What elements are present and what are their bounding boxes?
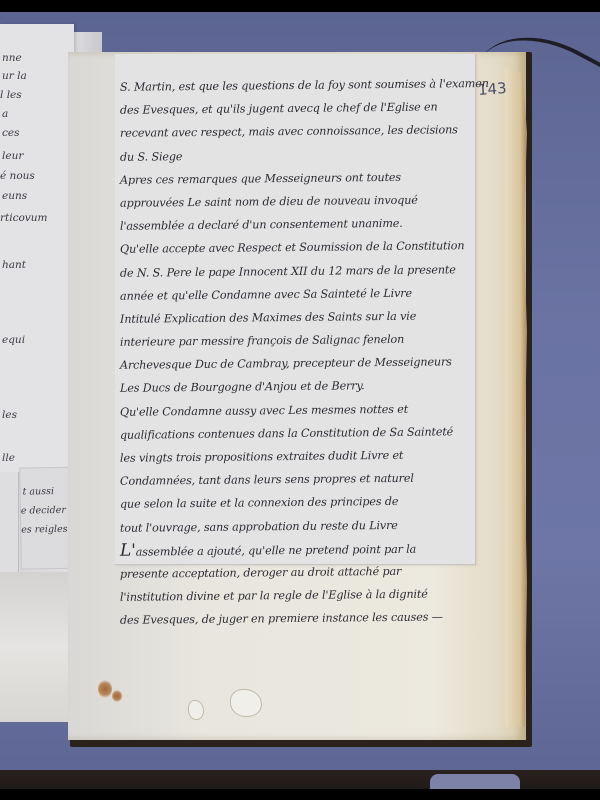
left-text-fragment: ces [2, 127, 19, 139]
left-text-fragment: les [2, 409, 17, 421]
water-stain [230, 689, 262, 717]
manuscript-line: que selon la suite et la connexion des p… [120, 490, 465, 517]
slip-text: e decider [21, 505, 66, 517]
left-text-fragment: hant [2, 259, 26, 271]
manuscript-line: recevant avec respect, mais avec connois… [120, 119, 465, 146]
left-text-fragment: é nous [0, 170, 35, 182]
slip-text: t aussi [22, 486, 54, 498]
slip-text: es reigles [21, 524, 68, 536]
manuscript-line: tout l'ouvrage, sans approbation du rest… [120, 513, 465, 540]
left-text-fragment: a [2, 108, 8, 120]
water-stain [188, 700, 204, 720]
left-text-fragment: leur [2, 150, 23, 162]
manuscript-line: L'assemblée a ajouté, qu'elle ne pretend… [120, 536, 465, 563]
manuscript-text: S. Martin, est que les questions de la f… [120, 74, 465, 631]
left-lower-pages [0, 572, 70, 722]
manuscript-line: Les Ducs de Bourgogne d'Anjou et de Berr… [120, 374, 465, 401]
left-text-fragment: euns [2, 190, 27, 202]
left-text-fragment: ur la [2, 70, 27, 82]
page-edge [505, 67, 527, 727]
manuscript-line: Qu'elle Condamne aussy avec Les mesmes n… [120, 397, 465, 424]
left-text-fragment: lle [2, 452, 15, 464]
foxing-stain [98, 680, 112, 698]
manuscript-line: du S. Siege [120, 142, 465, 169]
foxing-stain [112, 690, 122, 702]
photo-frame: ans le, les mées quelo t, es mer ons nne… [0, 12, 600, 789]
left-folio-front: nne ur la l les a ces leur é nous euns r… [0, 24, 74, 476]
manuscript-line: des Evesques, de juger en premiere insta… [120, 606, 465, 633]
manuscript-line: Qu'elle accepte avec Respect et Soumissi… [120, 235, 465, 262]
left-paper-stub [0, 472, 19, 572]
left-text-fragment: nne [2, 52, 22, 64]
manuscript-line: année et qu'elle Condamne avec Sa Sainte… [120, 281, 465, 308]
cloth-fold [430, 774, 520, 789]
left-text-fragment: l les [0, 89, 22, 101]
manuscript-line: de N. S. Pere le pape Innocent XII du 12… [120, 258, 465, 285]
manuscript-line: Apres ces remarques que Messeigneurs ont… [120, 165, 465, 192]
left-text-fragment: rticovum [0, 212, 47, 224]
left-text-fragment: equi [2, 334, 25, 346]
